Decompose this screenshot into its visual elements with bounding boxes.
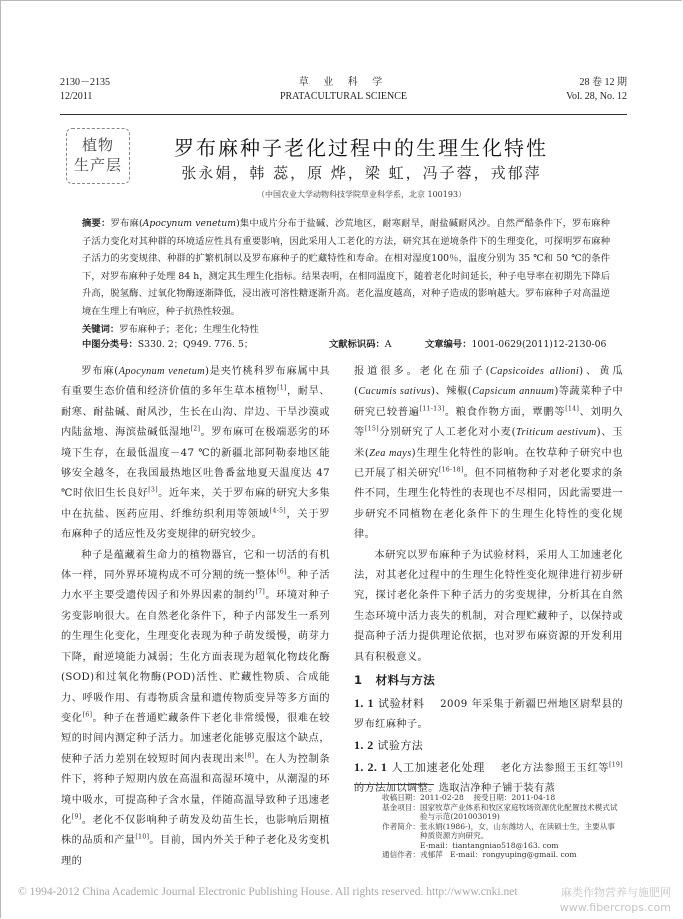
citation[interactable]: [1] xyxy=(277,385,287,392)
watermark: 麻类作物营养与施肥网 www.fibercrops.com xyxy=(560,885,671,915)
section-heading-1-2-1: 人工加速老化处理 xyxy=(392,761,485,774)
paper-title: 罗布麻种子老化过程中的生理生化特性 xyxy=(174,132,548,161)
paragraph: 本研究以罗布麻种子为试验材料，采用人工加速老化法，对其老化过程中的生理生化特性变… xyxy=(354,546,623,668)
citation[interactable]: [14] xyxy=(565,405,579,412)
keywords: 罗布麻种子；老化；生理生化特性 xyxy=(119,324,258,335)
article-id-value: 1001-0629(2011)12-2130-06 xyxy=(472,339,607,350)
species-name: Apocynum venetum xyxy=(119,366,205,377)
footnote-divider xyxy=(354,784,434,785)
copyright-notice: © 1994-2012 China Academic Journal Elect… xyxy=(18,886,518,898)
species-name: Triticum aestivum xyxy=(516,427,597,438)
classification-line: 中图分类号：S330. 2；Q949. 776. 5； 文献标识码：A 文章编号… xyxy=(82,336,610,350)
header-right: 28 卷 12 期 Vol. 28, No. 12 xyxy=(566,76,627,104)
doc-code-label: 文献标识码： xyxy=(329,339,385,350)
section-1-1: 1. 1 试验材料 2009 年采集于新疆巴州地区尉犁县的罗布红麻种子。 xyxy=(354,693,623,736)
author-bio: 张永娟(1986-)，女，山东潍坊人，在读硕士生，主要从事种质资源方向研究。 xyxy=(420,822,620,841)
journal-name-cn: 草 业 科 学 xyxy=(60,76,627,90)
citation[interactable]: [19] xyxy=(609,761,623,768)
citation[interactable]: [16-18] xyxy=(439,467,464,474)
section-heading-1: 1 材料与方法 xyxy=(354,670,623,690)
header-center: 草 业 科 学 PRATACULTURAL SCIENCE xyxy=(60,76,627,104)
citation[interactable]: [3] xyxy=(148,487,158,494)
citation[interactable]: [11-13] xyxy=(420,405,445,412)
citation[interactable]: [2] xyxy=(191,426,201,433)
citation[interactable]: [7] xyxy=(255,589,265,596)
body-column-right: 报道很多。老化在茄子(Capsicoides allioni)、黄瓜(Cucum… xyxy=(354,362,623,800)
section-badge-line1: 植物 xyxy=(67,135,129,155)
article-id-label: 文章编号： xyxy=(425,339,472,350)
volume-cn: 28 卷 12 期 xyxy=(566,76,627,90)
abstract: 摘要：罗布麻(Apocynum venetum)集中成片分布于盐碱、沙荒地区，耐… xyxy=(82,215,610,338)
citation[interactable]: [6] xyxy=(277,569,287,576)
author-list: 张永娟，韩 蕊，原 烨，梁 虹，冯子蓉，戎郁萍 xyxy=(0,162,683,183)
corresponding-author: 戎郁萍 xyxy=(420,850,443,859)
species-name: Capsicoides allioni xyxy=(490,366,579,377)
keywords-label: 关键词： xyxy=(82,324,119,335)
running-header: 2130－2135 12/2011 草 业 科 学 PRATACULTURAL … xyxy=(60,76,627,114)
clc-label: 中图分类号： xyxy=(82,339,138,350)
author-bio-label: 作者简介： xyxy=(370,822,420,841)
clc-value: S330. 2；Q949. 776. 5； xyxy=(138,339,253,350)
citation[interactable]: [10] xyxy=(135,834,149,841)
volume-en: Vol. 28, No. 12 xyxy=(566,90,627,104)
doc-code-value: A xyxy=(385,339,392,350)
accepted-date: 2011-04-18 xyxy=(511,793,555,802)
fund-text: 国家牧草产业体系和牧区家庭牧场资源优化配置技术模式试验与示范(201003019… xyxy=(420,803,620,822)
citation[interactable]: [9] xyxy=(72,814,82,821)
species-name: Cucumis sativus xyxy=(358,386,431,397)
species-name: Capsicum annuum xyxy=(472,386,554,397)
accepted-label: 接受日期： xyxy=(473,793,511,802)
corresponding-email[interactable]: E-mail：rongyuping@gmail. com xyxy=(450,850,577,859)
citation[interactable]: [4-5] xyxy=(270,507,286,514)
section-heading-1-1: 试验材料 xyxy=(378,697,425,710)
paragraph: 种子是蕴藏着生命力的植物器官，它和一切活的有机体一样，同外界环境构成不可分割的统… xyxy=(61,546,330,873)
header-divider xyxy=(60,114,627,115)
citation[interactable]: [15] xyxy=(365,426,379,433)
watermark-url: www.fibercrops.com xyxy=(560,900,671,915)
author-email[interactable]: E-mail：tiantangniao518@163. com xyxy=(420,841,620,851)
fund-label: 基金项目： xyxy=(370,803,420,822)
citation[interactable]: [6] xyxy=(83,712,93,719)
section-heading-1-2: 1. 2 试验方法 xyxy=(354,735,623,756)
received-date: 2011-02-28 xyxy=(420,793,464,802)
watermark-cn: 麻类作物营养与施肥网 xyxy=(560,885,671,900)
citation[interactable]: [8] xyxy=(245,752,255,759)
species-name: Zea mays xyxy=(369,448,411,459)
abstract-label: 摘要： xyxy=(82,218,110,229)
paragraph: 报道很多。老化在茄子(Capsicoides allioni)、黄瓜(Cucum… xyxy=(354,362,623,546)
received-label: 收稿日期： xyxy=(370,793,420,803)
abstract-text: )集中成片分布于盐碱、沙荒地区，耐寒耐旱，耐盐碱耐风沙。自然严酷条件下，罗布麻种… xyxy=(82,218,610,317)
species-name: Apocynum venetum xyxy=(143,218,236,229)
affiliation: （中国农业大学动物科技学院草业科学系，北京 100193） xyxy=(0,189,683,200)
corresponding-label: 通信作者： xyxy=(370,850,420,860)
journal-name-en: PRATACULTURAL SCIENCE xyxy=(60,90,627,104)
paragraph: 罗布麻(Apocynum venetum)是夹竹桃科罗布麻属中具有重要生态价值和… xyxy=(61,362,330,546)
footnote: 收稿日期：2011-02-28 接受日期：2011-04-18 基金项目：国家牧… xyxy=(370,793,620,860)
body-column-left: 罗布麻(Apocynum venetum)是夹竹桃科罗布麻属中具有重要生态价值和… xyxy=(61,362,330,872)
abstract-text: 罗布麻( xyxy=(110,218,142,229)
